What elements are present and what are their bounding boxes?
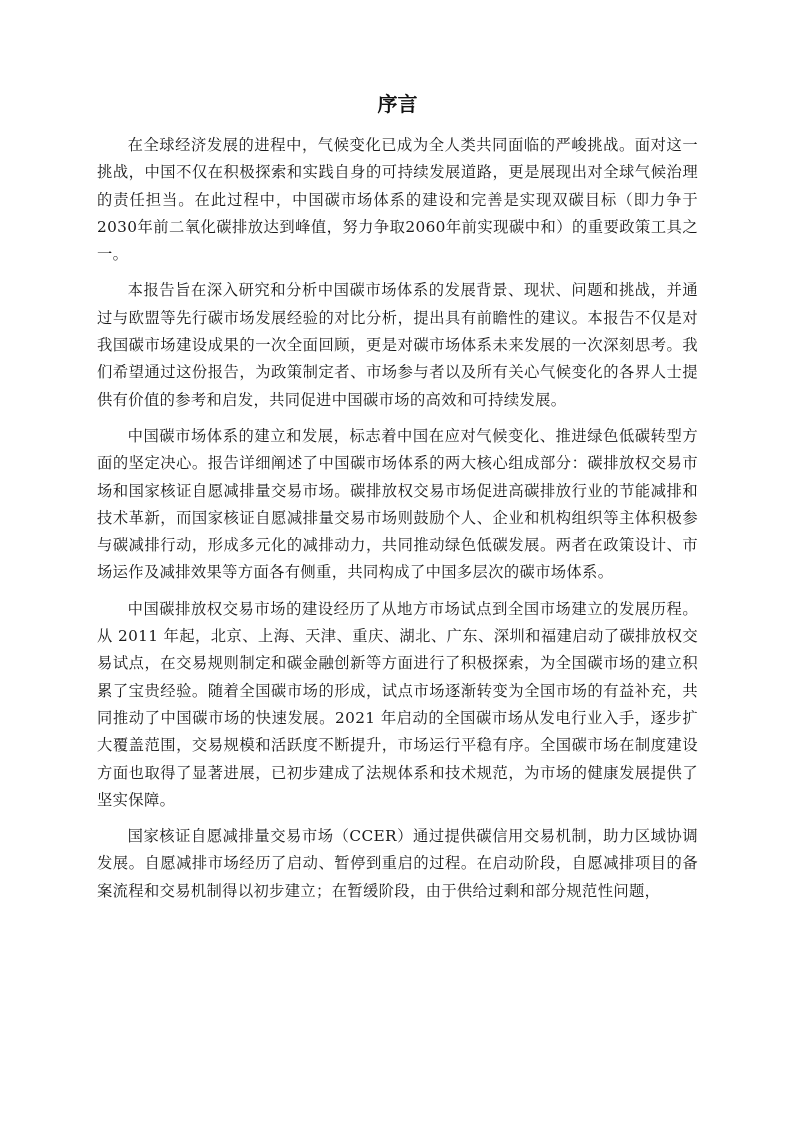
page-title: 序言 xyxy=(97,90,698,118)
paragraph-1: 在全球经济发展的进程中，气候变化已成为全人类共同面临的严峻挑战。面对这一挑战，中… xyxy=(97,132,698,268)
paragraph-4: 中国碳排放权交易市场的建设经历了从地方市场试点到全国市场建立的发展历程。从 20… xyxy=(97,596,698,814)
paragraph-5: 国家核证自愿减排量交易市场（CCER）通过提供碳信用交易机制，助力区域协调发展。… xyxy=(97,823,698,905)
document-page: 序言 在全球经济发展的进程中，气候变化已成为全人类共同面临的严峻挑战。面对这一挑… xyxy=(97,90,698,914)
paragraph-3: 中国碳市场体系的建立和发展，标志着中国在应对气候变化、推进绿色低碳转型方面的坚定… xyxy=(97,423,698,587)
paragraph-2: 本报告旨在深入研究和分析中国碳市场体系的发展背景、现状、问题和挑战，并通过与欧盟… xyxy=(97,277,698,413)
